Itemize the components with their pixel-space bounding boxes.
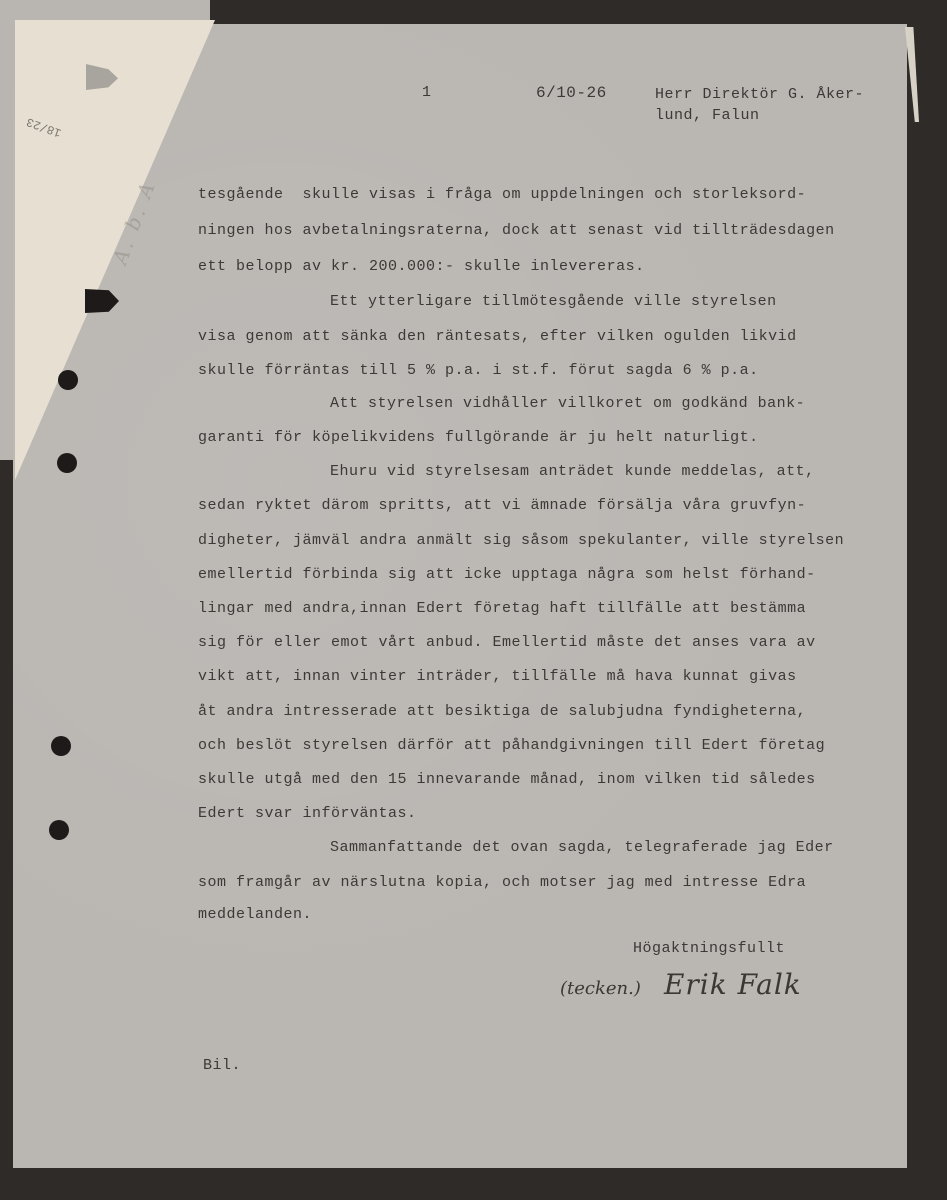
left-dark-strip: [0, 460, 13, 1200]
body-line: skulle förräntas till 5 % p.a. i st.f. f…: [198, 362, 759, 379]
body-line: Att styrelsen vidhåller villkoret om god…: [330, 395, 805, 412]
closing: Högaktningsfullt: [633, 940, 785, 957]
body-line: meddelanden.: [198, 906, 312, 923]
signature-label: (tecken.): [560, 978, 641, 999]
punch-hole-icon: [58, 370, 78, 390]
page-number: 1: [422, 84, 432, 101]
body-line: digheter, jämväl andra anmält sig såsom …: [198, 532, 844, 549]
body-line: Edert svar införväntas.: [198, 805, 417, 822]
body-line: tesgående skulle visas i fråga om uppdel…: [198, 186, 806, 203]
body-line: skulle utgå med den 15 innevarande månad…: [198, 771, 816, 788]
body-line: Ett ytterligare tillmötesgående ville st…: [330, 293, 777, 310]
punch-hole-icon: [51, 736, 71, 756]
body-line: åt andra intresserade att besiktiga de s…: [198, 703, 806, 720]
punch-hole-icon: [57, 453, 77, 473]
body-line: som framgår av närslutna kopia, och mots…: [198, 874, 806, 891]
letter-date: 6/10-26: [536, 84, 607, 102]
enclosure-note: Bil.: [203, 1057, 241, 1074]
punch-hole-icon: [49, 820, 69, 840]
body-line: sig för eller emot vårt anbud. Emellerti…: [198, 634, 816, 651]
body-line: ett belopp av kr. 200.000:- skulle inlev…: [198, 258, 645, 275]
body-line: visa genom att sänka den räntesats, efte…: [198, 328, 797, 345]
body-line: lingar med andra,innan Edert företag haf…: [198, 600, 806, 617]
body-line: sedan ryktet därom spritts, att vi ämnad…: [198, 497, 806, 514]
body-line: Ehuru vid styrelsesam anträdet kunde med…: [330, 463, 815, 480]
body-line: Sammanfattande det ovan sagda, telegrafe…: [330, 839, 834, 856]
body-line: garanti för köpelikvidens fullgörande är…: [198, 429, 759, 446]
body-line: och beslöt styrelsen därför att påhandgi…: [198, 737, 825, 754]
body-line: ningen hos avbetalningsraterna, dock att…: [198, 222, 835, 239]
signature: (tecken.) Erik Falk: [560, 968, 802, 1001]
body-line: vikt att, innan vinter inträder, tillfäl…: [198, 668, 797, 685]
recipient-line-2: lund, Falun: [655, 105, 760, 126]
paper-right-flap: [905, 27, 919, 122]
signature-name: Erik Falk: [664, 968, 802, 1001]
recipient-line-1: Herr Direktör G. Åker-: [655, 84, 864, 105]
body-line: emellertid förbinda sig att icke upptaga…: [198, 566, 816, 583]
